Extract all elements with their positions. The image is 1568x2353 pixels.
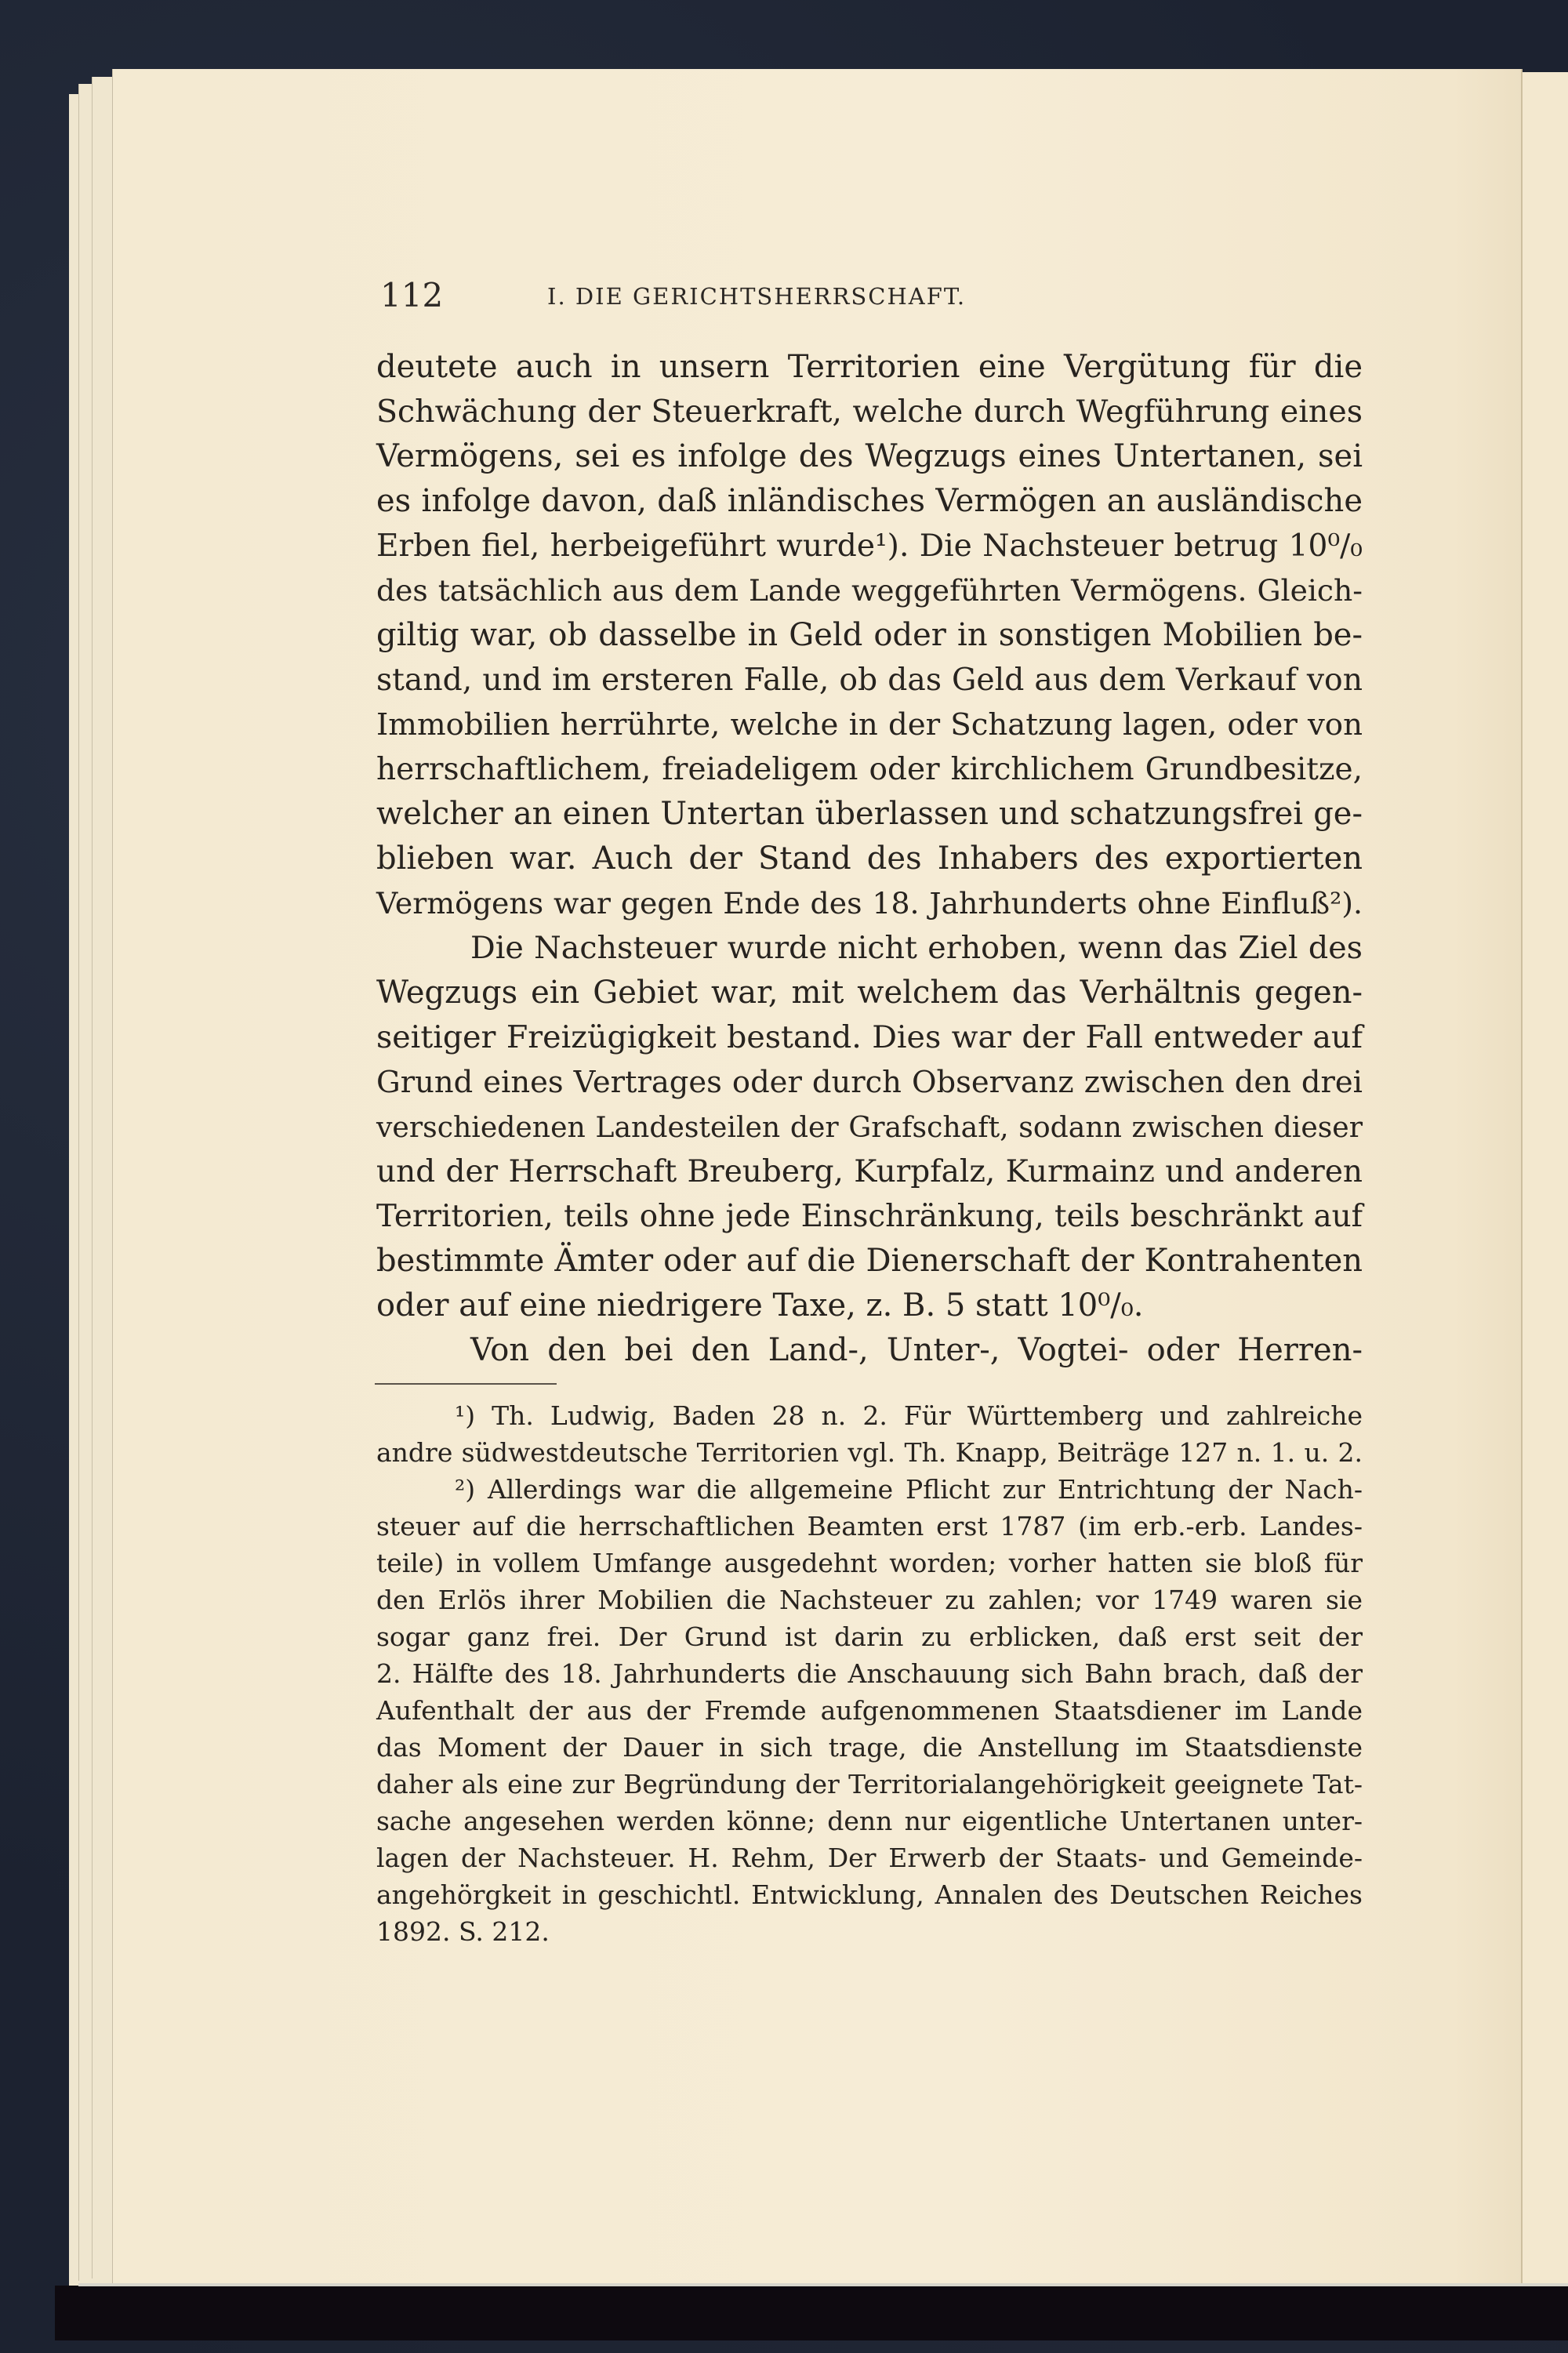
body-line: giltig war, ob dasselbe in Geld oder in … bbox=[376, 613, 1363, 658]
body-line: es infolge davon, daß inländisches Vermö… bbox=[376, 479, 1363, 524]
page-bottom-edge bbox=[78, 2283, 1568, 2286]
body-line: Territorien, teils ohne jede Einschränku… bbox=[376, 1194, 1363, 1239]
footnote-2-line: ²) Allerdings war die allgemeine Pflicht… bbox=[455, 1471, 1363, 1508]
paragraph-start-line: Von den bei den Land-, Unter-, Vogtei- o… bbox=[470, 1328, 1363, 1373]
body-line: welcher an einen Untertan überlassen und… bbox=[376, 792, 1363, 837]
footnote-2-line: daher als eine zur Begründung der Territ… bbox=[376, 1766, 1363, 1803]
body-line: Immobilien herrührte, welche in der Scha… bbox=[376, 703, 1363, 747]
running-header: 112 I. DIE GERICHTSHERRSCHAFT. bbox=[380, 276, 1364, 315]
facing-page-edge bbox=[1523, 72, 1568, 2283]
book-shadow bbox=[55, 2286, 1568, 2340]
body-line: und der Herrschaft Breuberg, Kurpfalz, K… bbox=[376, 1149, 1363, 1194]
paragraph-end-line: oder auf eine niedrigere Taxe, z. B. 5 s… bbox=[376, 1284, 1363, 1328]
footnote-1-line: ¹) Th. Ludwig, Baden 28 n. 2. Für Württe… bbox=[455, 1397, 1363, 1434]
body-line: Vermögens war gegen Ende des 18. Jahrhun… bbox=[376, 881, 1363, 926]
gutter bbox=[1521, 69, 1523, 2284]
footnote-2-line: steuer auf die herrschaftlichen Beamten … bbox=[376, 1508, 1363, 1545]
footnote-2-line: lagen der Nachsteuer. H. Rehm, Der Erwer… bbox=[376, 1839, 1363, 1876]
body-line: verschiedenen Landesteilen der Grafschaf… bbox=[376, 1105, 1363, 1149]
footnote-2-line: das Moment der Dauer in sich trage, die … bbox=[376, 1729, 1363, 1766]
body-line: bestimmte Ämter oder auf die Dienerschaf… bbox=[376, 1239, 1363, 1284]
body-line: herrschaftlichem, freiadeligem oder kirc… bbox=[376, 747, 1363, 792]
footnote-2-line: den Erlös ihrer Mobilien die Nachsteuer … bbox=[376, 1581, 1363, 1618]
footnote-2-line: teile) in vollem Umfange ausgedehnt word… bbox=[376, 1545, 1363, 1581]
footnote-2-line: angehörgkeit in geschichtl. Entwicklung,… bbox=[376, 1876, 1363, 1913]
body-line: des tatsächlich aus dem Lande weggeführt… bbox=[376, 568, 1363, 613]
footnote-2-line: Aufenthalt der aus der Fremde aufgenomme… bbox=[376, 1692, 1363, 1729]
footnote-2-line: 1892. S. 212. bbox=[376, 1913, 1363, 1950]
running-title: I. DIE GERICHTSHERRSCHAFT. bbox=[547, 281, 966, 312]
body-line: Schwächung der Steuerkraft, welche durch… bbox=[376, 390, 1363, 434]
body-line: Wegzugs ein Gebiet war, mit welchem das … bbox=[376, 971, 1363, 1015]
body-line: blieben war. Auch der Stand des Inhabers… bbox=[376, 837, 1363, 881]
footnote-2-line: 2. Hälfte des 18. Jahrhunderts die Ansch… bbox=[376, 1655, 1363, 1692]
body-line: seitiger Freizügigkeit bestand. Dies war… bbox=[376, 1015, 1363, 1060]
paragraph-start-line: Die Nachsteuer wurde nicht erhoben, wenn… bbox=[470, 926, 1363, 971]
footnote-2-line: sogar ganz frei. Der Grund ist darin zu … bbox=[376, 1618, 1363, 1655]
body-line: deutete auch in unsern Territorien eine … bbox=[376, 345, 1363, 390]
body-line: stand, und im ersteren Falle, ob das Gel… bbox=[376, 658, 1363, 703]
footnote-2-line: sache angesehen werden könne; denn nur e… bbox=[376, 1803, 1363, 1839]
body-line: Vermögens, sei es infolge des Wegzugs ei… bbox=[376, 434, 1363, 479]
body-line: Erben fiel, herbeigeführt wurde¹). Die N… bbox=[376, 524, 1363, 568]
footnote-separator bbox=[375, 1383, 557, 1385]
body-line: Grund eines Vertrages oder durch Observa… bbox=[376, 1060, 1363, 1105]
page-number: 112 bbox=[380, 276, 443, 315]
footnote-1-line: andre südwestdeutsche Territorien vgl. T… bbox=[376, 1434, 1363, 1471]
